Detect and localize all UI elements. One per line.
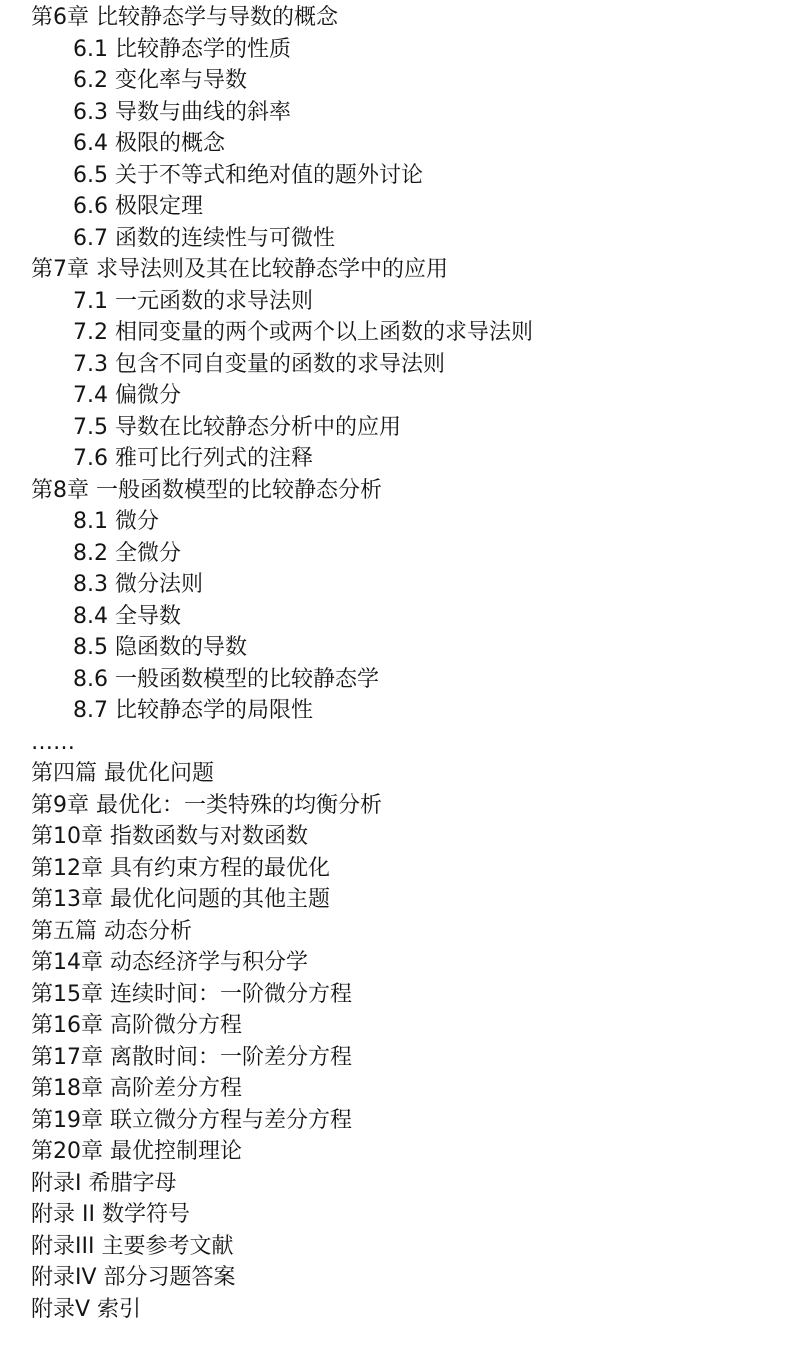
toc-line: 8.7 比较静态学的局限性 bbox=[0, 695, 790, 727]
toc-line: 附录IV 部分习题答案 bbox=[0, 1262, 790, 1294]
toc-line: 7.4 偏微分 bbox=[0, 380, 790, 412]
toc-line: 6.6 极限定理 bbox=[0, 191, 790, 223]
toc-line: 6.1 比较静态学的性质 bbox=[0, 34, 790, 66]
toc-line: 第19章 联立微分方程与差分方程 bbox=[0, 1105, 790, 1137]
toc-page: 第6章 比较静态学与导数的概念6.1 比较静态学的性质6.2 变化率与导数6.3… bbox=[0, 0, 790, 1345]
toc-line: 第15章 连续时间：一阶微分方程 bbox=[0, 979, 790, 1011]
toc-line: 7.1 一元函数的求导法则 bbox=[0, 286, 790, 318]
toc-line: 6.7 函数的连续性与可微性 bbox=[0, 223, 790, 255]
toc-line: 第12章 具有约束方程的最优化 bbox=[0, 853, 790, 885]
toc-line: 8.2 全微分 bbox=[0, 538, 790, 570]
toc-line: 第9章 最优化：一类特殊的均衡分析 bbox=[0, 790, 790, 822]
toc-line: 8.4 全导数 bbox=[0, 601, 790, 633]
toc-line: 第8章 一般函数模型的比较静态分析 bbox=[0, 475, 790, 507]
toc-line: 第四篇 最优化问题 bbox=[0, 758, 790, 790]
toc-line: 6.4 极限的概念 bbox=[0, 128, 790, 160]
toc-line: 附录V 索引 bbox=[0, 1294, 790, 1326]
toc-line: 8.5 隐函数的导数 bbox=[0, 632, 790, 664]
toc-line: 第18章 高阶差分方程 bbox=[0, 1073, 790, 1105]
toc-line: 第16章 高阶微分方程 bbox=[0, 1010, 790, 1042]
toc-line: 附录III 主要参考文献 bbox=[0, 1231, 790, 1263]
toc-line: 6.3 导数与曲线的斜率 bbox=[0, 97, 790, 129]
toc-line: 第7章 求导法则及其在比较静态学中的应用 bbox=[0, 254, 790, 286]
toc-line: 第13章 最优化问题的其他主题 bbox=[0, 884, 790, 916]
toc-line: 附录 II 数学符号 bbox=[0, 1199, 790, 1231]
toc-line: 附录I 希腊字母 bbox=[0, 1168, 790, 1200]
toc-line: 6.2 变化率与导数 bbox=[0, 65, 790, 97]
toc-line: 第6章 比较静态学与导数的概念 bbox=[0, 2, 790, 34]
toc-line: 8.1 微分 bbox=[0, 506, 790, 538]
toc-line: 7.2 相同变量的两个或两个以上函数的求导法则 bbox=[0, 317, 790, 349]
toc-line: 7.3 包含不同自变量的函数的求导法则 bbox=[0, 349, 790, 381]
toc-line: 8.3 微分法则 bbox=[0, 569, 790, 601]
toc-line: 第五篇 动态分析 bbox=[0, 916, 790, 948]
toc-line: 6.5 关于不等式和绝对值的题外讨论 bbox=[0, 160, 790, 192]
toc-line: 第17章 离散时间：一阶差分方程 bbox=[0, 1042, 790, 1074]
toc-line: …… bbox=[0, 727, 790, 759]
toc-line: 7.5 导数在比较静态分析中的应用 bbox=[0, 412, 790, 444]
toc-line: 第14章 动态经济学与积分学 bbox=[0, 947, 790, 979]
table-of-contents: 第6章 比较静态学与导数的概念6.1 比较静态学的性质6.2 变化率与导数6.3… bbox=[0, 2, 790, 1325]
toc-line: 7.6 雅可比行列式的注释 bbox=[0, 443, 790, 475]
toc-line: 第10章 指数函数与对数函数 bbox=[0, 821, 790, 853]
toc-line: 8.6 一般函数模型的比较静态学 bbox=[0, 664, 790, 696]
toc-line: 第20章 最优控制理论 bbox=[0, 1136, 790, 1168]
